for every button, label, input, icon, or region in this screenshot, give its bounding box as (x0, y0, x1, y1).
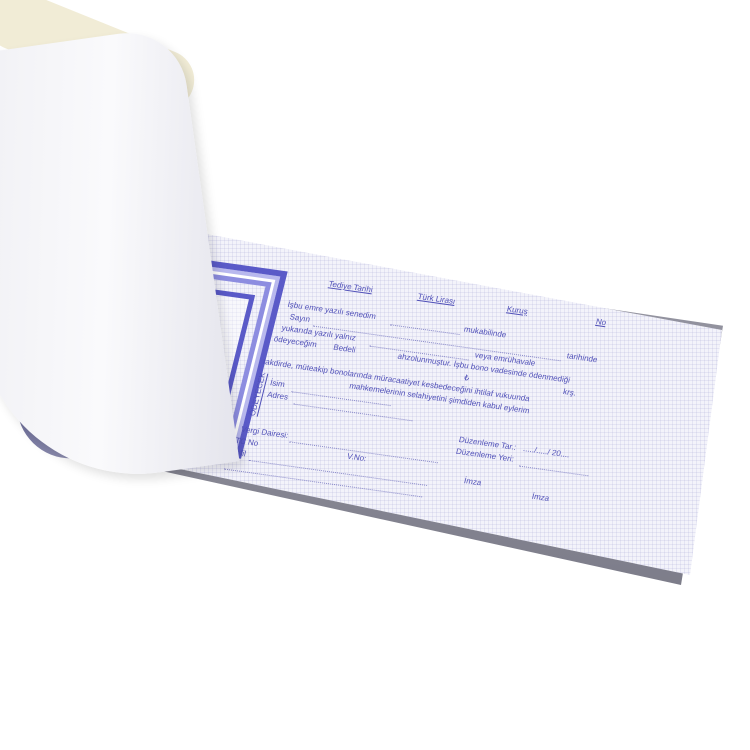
line-4b: Bedeli (332, 343, 356, 355)
photo-scene: ECO/1 Tediye Tarihi Türk Lirası Kuruş No… (0, 0, 750, 750)
payer-name-label: İsim (269, 378, 286, 389)
signature-1: İmza (463, 476, 482, 487)
lira-sign: ₺ (463, 373, 470, 382)
v-no-label: V.No: (346, 452, 367, 463)
line-2: Sayın (289, 312, 311, 324)
issue-date-format: ...../...../ 20.... (522, 444, 570, 459)
header-no: No (595, 317, 607, 327)
line-1b: mukabilinde (463, 325, 507, 340)
kurus-abbr: krş. (562, 387, 577, 398)
curled-top-sheets (0, 25, 239, 494)
payer-address-label: Adres (266, 390, 289, 402)
header-kurus: Kuruş (506, 304, 529, 316)
header-lira: Türk Lirası (417, 292, 457, 306)
header-date: Tediye Tarihi (328, 279, 374, 294)
line-2b: tarihinde (566, 351, 599, 364)
line-4: ödeyeceğim (273, 334, 318, 349)
signature-2: İmza (531, 492, 550, 503)
